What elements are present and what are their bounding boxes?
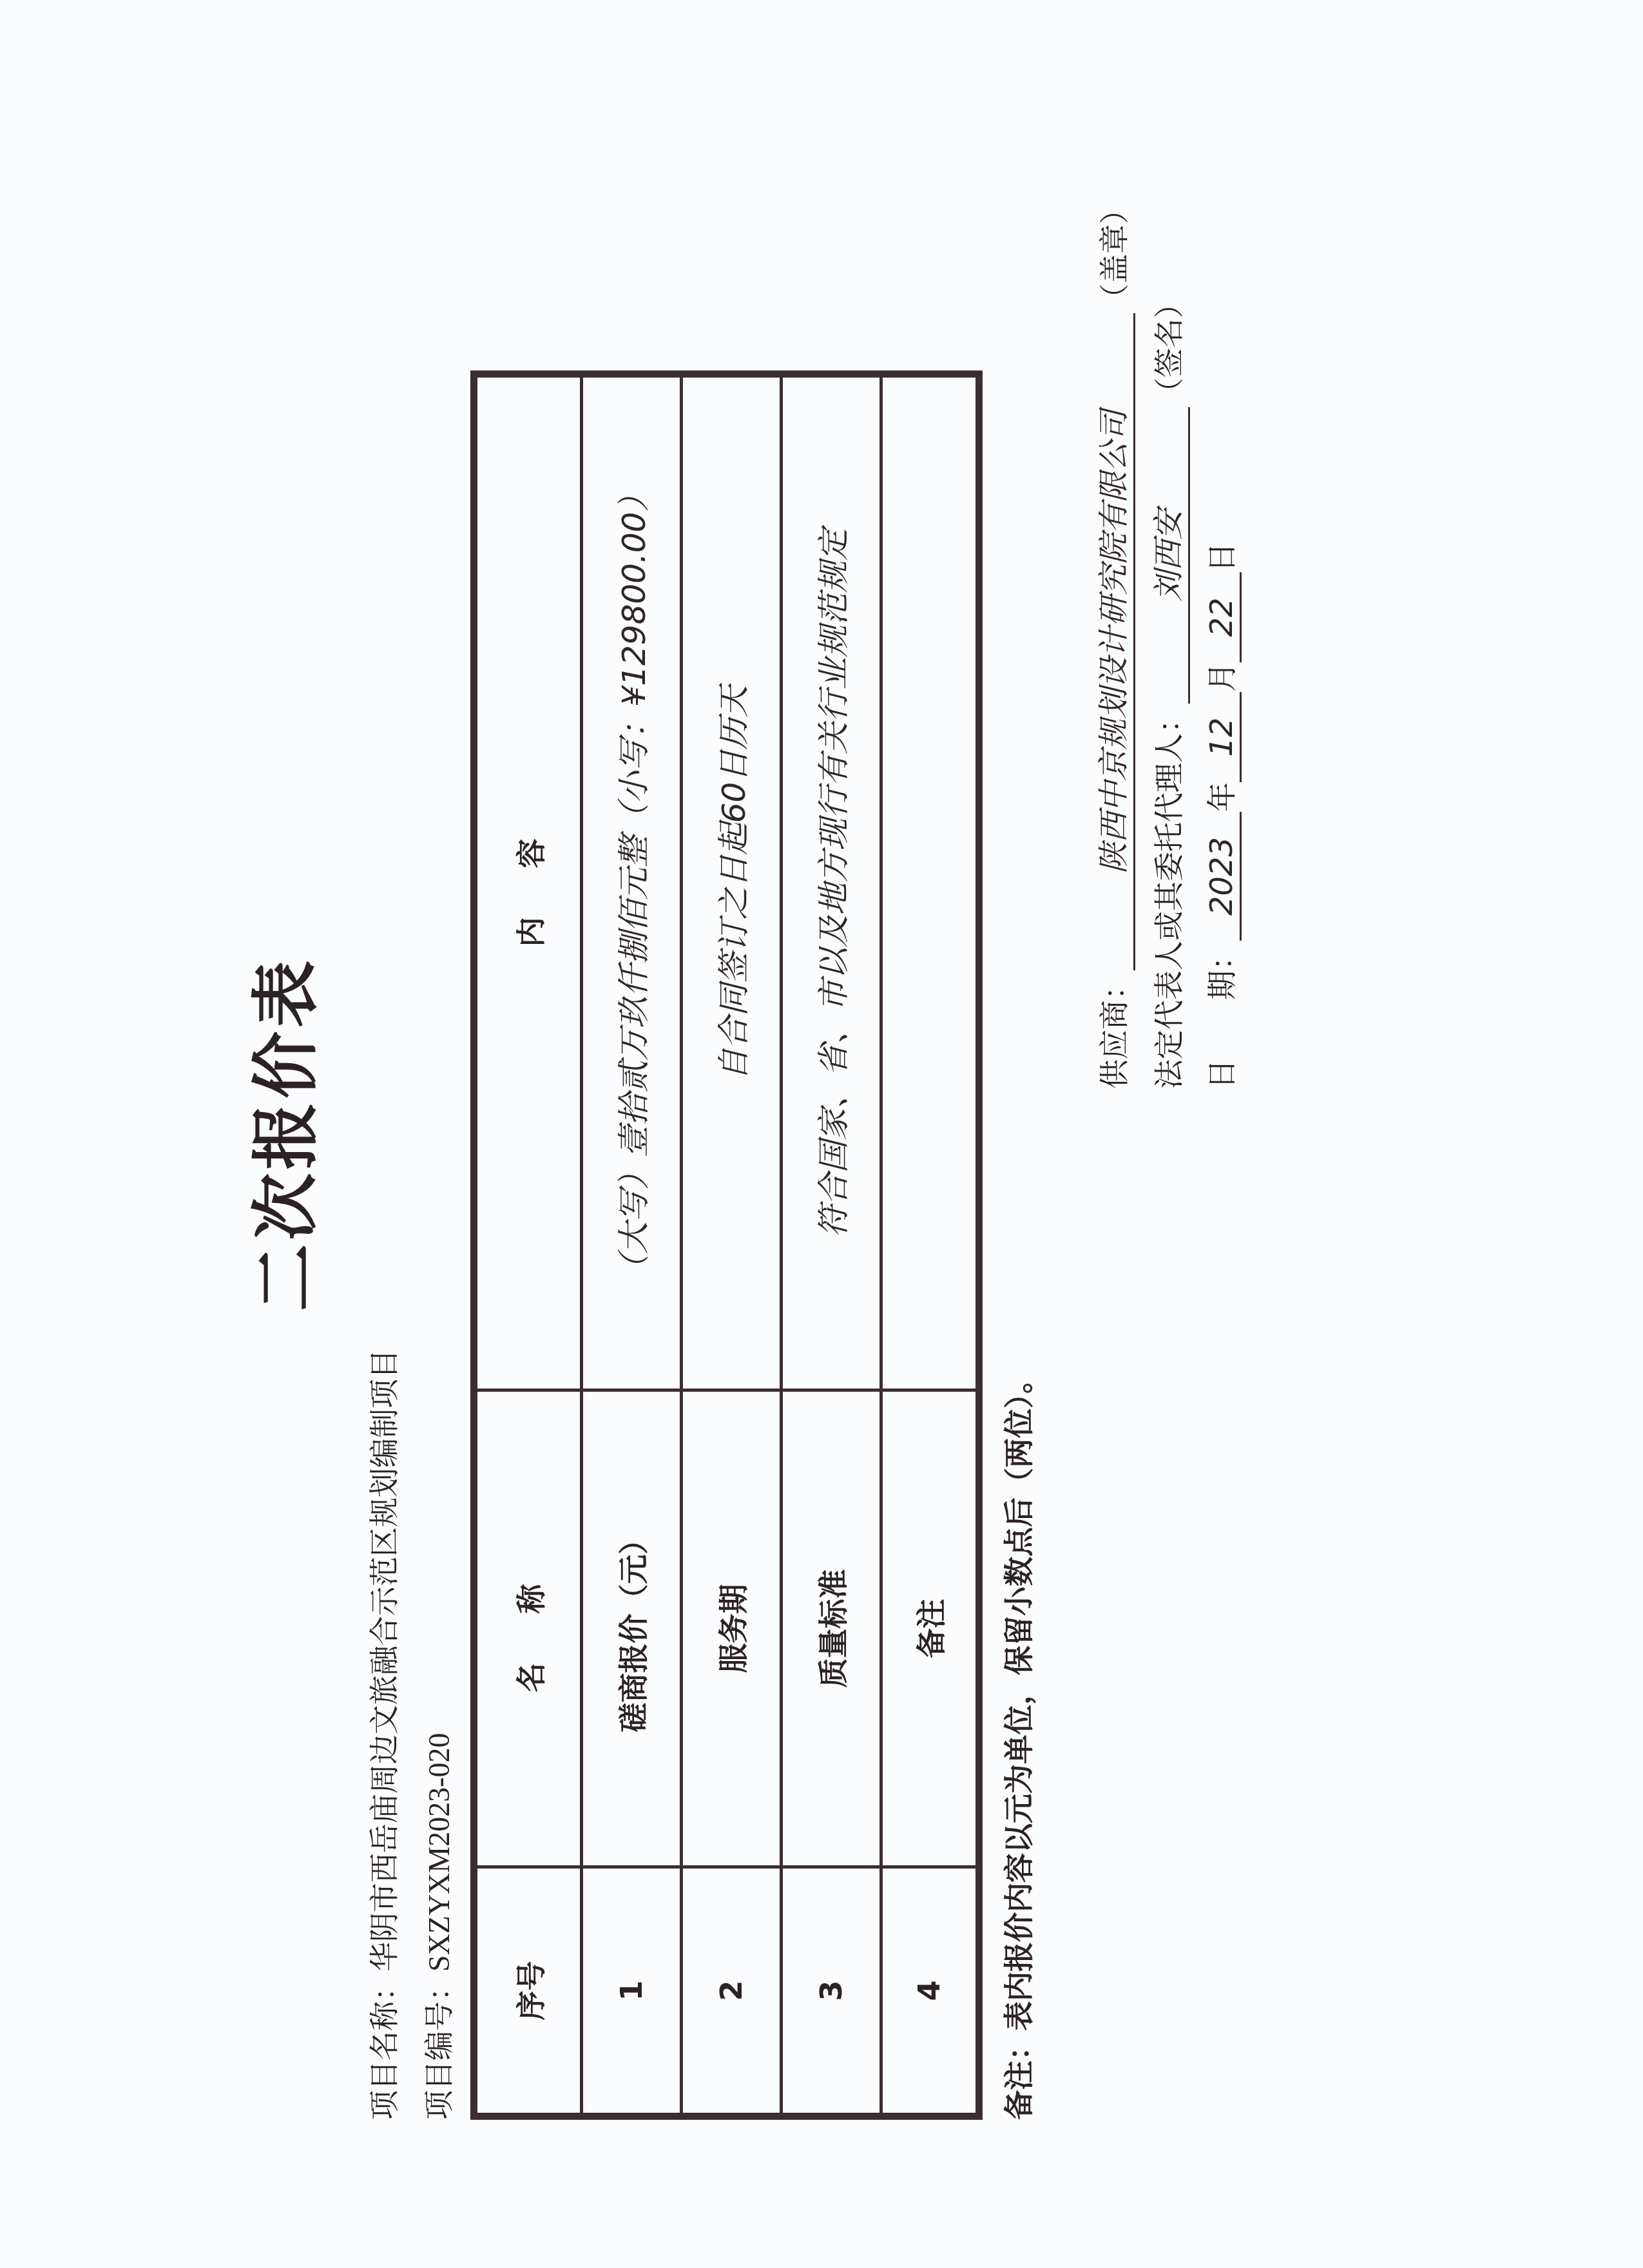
row-3-content-quality-standard: 符合国家、省、市以及地方现行有关行业规范规定 (783, 378, 879, 1389)
row-1-seq: 1 (583, 1869, 680, 2113)
row-3-name: 质量标准 (783, 1392, 879, 1865)
row-2-name: 服务期 (683, 1392, 780, 1865)
project-name: 华阴市西岳庙周边文旅融合示范区规划编制项目 (367, 1349, 401, 1972)
supplier-line: 供应商：陕西中京规划设计研究院有限公司（盖章） (1089, 195, 1135, 1089)
year-unit: 年 (1204, 782, 1239, 812)
row-1-content-quote-amount: （大写）壹拾贰万玖仟捌佰元整（小写：¥129800.00） (583, 378, 680, 1389)
representative-signature: 刘西安 (1144, 407, 1190, 704)
footnote: 备注：表内报价内容以元为单位，保留小数点后（两位）。 (995, 1364, 1038, 2120)
supplier-seal-label: （盖章） (1097, 195, 1131, 313)
project-number: SXZYXM2023-020 (423, 1733, 456, 1972)
date-year: 2023 (1204, 812, 1242, 941)
project-number-line: 项目编号：SXZYXM2023-020 (416, 1733, 458, 2120)
date-label: 日 期： (1204, 941, 1239, 1089)
rotated-document-sheet: 二次报价表 项目名称：华阴市西岳庙周边文旅融合示范区规划编制项目 项目编号：SX… (0, 0, 1643, 2268)
supplier-name-handwritten: 陕西中京规划设计研究院有限公司 (1089, 313, 1135, 970)
project-name-label: 项目名称： (367, 1972, 401, 2120)
header-seq: 序号 (477, 1869, 580, 2113)
row-4-name: 备注 (883, 1392, 975, 1865)
representative-label: 法定代表人或其委托代理人： (1151, 704, 1186, 1089)
header-name: 名 称 (477, 1392, 580, 1865)
quotation-table: 序号 名 称 内 容 1 磋商报价（元） （大写）壹拾贰万玖仟捌佰元整（小写：¥… (470, 370, 983, 2120)
project-name-line: 项目名称：华阴市西岳庙周边文旅融合示范区规划编制项目 (361, 1349, 403, 2120)
page-title: 二次报价表 (232, 0, 329, 2268)
row-3-seq: 3 (783, 1869, 879, 2113)
row-2-seq: 2 (683, 1869, 780, 2113)
row-2-content-service-period: 自合同签订之日起60日历天 (683, 378, 780, 1389)
header-content: 内 容 (477, 378, 580, 1389)
date-day: 22 (1204, 572, 1242, 662)
project-number-label: 项目编号： (421, 1972, 456, 2120)
row-1-name: 磋商报价（元） (583, 1392, 680, 1865)
date-line: 日 期：2023年12月22日 (1198, 543, 1242, 1089)
supplier-label: 供应商： (1097, 970, 1131, 1089)
row-4-seq: 4 (883, 1869, 975, 2113)
day-unit: 日 (1204, 543, 1239, 572)
row-4-content-remarks (883, 378, 975, 1389)
date-month: 12 (1204, 692, 1242, 782)
month-unit: 月 (1204, 662, 1239, 692)
representative-line: 法定代表人或其委托代理人：刘西安（签名） (1144, 289, 1190, 1089)
signature-label: （签名） (1151, 289, 1186, 407)
